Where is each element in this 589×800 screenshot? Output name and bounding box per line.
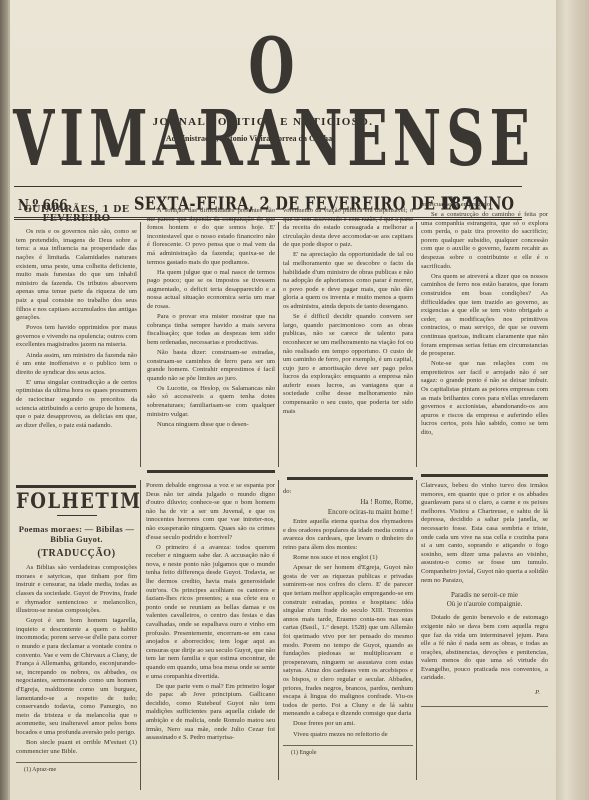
paragraph: Para o provar era mister mostrar que na … [147,313,275,347]
section-separator [16,485,136,488]
paragraph: Nunca ninguem disse que o desen- [147,421,275,430]
section-separator [287,477,413,480]
paragraph: Não basta dizer: construam-se estradas, … [147,349,275,383]
paragraph: Note-se que nas relações com os empreite… [421,360,548,437]
masthead: O VIMARANENSE JORNAL POLITICO E NOTICIOS… [10,30,550,143]
ornament-rule [57,515,97,516]
folhetim-heading: FOLHETIM [16,497,137,507]
column-rule [278,222,279,467]
verse-line: Rome nos suce et nos englot (1) [283,554,413,563]
footnote: (1) Apraz-me [16,766,137,775]
paragraph: Se a construcção do caminho é feita por … [421,211,548,271]
folhetim-column-1: FOLHETIM Poemas moraes: — Bibilas — Bibl… [16,490,137,775]
paragraph: do: [283,488,413,497]
paragraph: Se é difficil decidir quando convem ser … [283,313,413,416]
poem-title: Poemas moraes: — Bibilas — Biblia Guyot. [16,524,137,544]
paragraph: E' uma singular contradicção a de certos… [16,379,137,431]
editorial-column-1: GUIMARÃES, 1 DE FEVEREIRO Os reis e os g… [16,206,137,432]
paragraph: Dotado de genio benevolo e de estomago e… [421,614,548,683]
footnote: (1) Engole [283,749,413,758]
paragraph: O primeiro é a avareza: todos querem rec… [146,544,275,682]
paragraph: Os reis e os governos não são, como se t… [16,228,137,323]
verse-line: Où je n'auroie compaignie. [421,600,548,609]
folhetim-column-3: do: Ha ! Rome, Rome, Encore ociras-tu ma… [283,488,413,758]
page-edge [556,0,589,800]
column-rule [278,480,279,780]
editorial-heading: GUIMARÃES, 1 DE FEVEREIRO [16,206,137,223]
signature: P. [421,689,548,698]
verse-line: Dose freres por un ami. [283,720,413,729]
paragraph: volvimento da viação publica era dispens… [283,207,413,250]
column-rule [416,222,417,467]
verse-line: Encore ociras-tu maint home ! [283,508,413,517]
editorial-column-2: A solução das difficuldades presentes nã… [147,207,275,431]
paragraph: De que parte vem o mal? Em primeiro loga… [146,683,275,743]
paragraph: proficuamente empregado. [421,201,548,210]
section-separator [421,474,548,477]
paragraph: Povos tem havido opprimidos por maus gov… [16,324,137,350]
paragraph: As Biblias são verdadeiras composições m… [16,564,137,616]
paragraph: Ha quem julgue que o mal nasce de termos… [147,269,275,312]
column-rule [140,480,141,790]
paragraph: Guyot é um bom homem tagarella, inquieto… [16,617,137,737]
paragraph: Ainda assim, um ministro da fazenda não … [16,352,137,378]
folhetim-column-2: Porem debalde engrossa a voz e se espant… [146,482,275,744]
translation-label: (TRADUCÇÃO) [16,550,137,559]
paragraph: A solução das difficuldades presentes nã… [147,207,275,267]
footnote-rule [283,745,413,746]
column-rule [416,480,417,780]
paragraph: E' na apreciação da opportunidade de tal… [283,251,413,311]
end-rule [421,706,548,707]
editorial-column-4: proficuamente empregado. Se a construcçã… [421,201,548,439]
paragraph: Clairvaux, bebeu do vinho turvo dos irmã… [421,482,548,585]
verse-line: Ha ! Rome, Rome, [283,498,413,507]
paragraph: Bon siecle puant et orrible M'estuet (1)… [16,739,137,756]
paragraph: Ora quem se atreverá a dizer que os noss… [421,273,548,359]
newspaper-title: O VIMARANENSE [0,30,550,146]
paragraph: Porem debalde engrossa a voz e se espant… [146,482,275,542]
paragraph: Os Lucotte, os Heslop, os Salamancas não… [147,385,275,419]
verse-line: Paradis ne seroit-ce mie [421,591,548,600]
editorial-column-3: volvimento da viação publica era dispens… [283,207,413,418]
column-rule [140,222,141,467]
paragraph: Entre aquella eterna queixa dos rhymador… [283,518,413,552]
section-separator [147,470,275,473]
paragraph: Apesar de ser homem d'Egreja, Guyot não … [283,564,413,719]
footnote-rule [16,762,137,763]
folhetim-column-4: Clairvaux, bebeu do vinho turvo dos irmã… [421,482,548,707]
paragraph: Viveu quatro mezes no refeitorio de [283,731,413,740]
